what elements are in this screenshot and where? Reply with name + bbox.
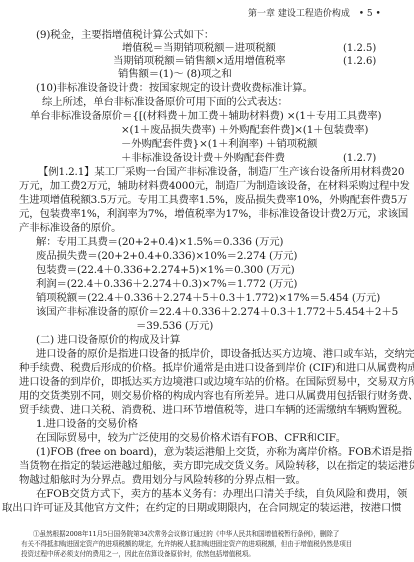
main-formula-1: 单台非标准设备原价＝{[(材料费＋加工费＋辅助材料费) ×(1＋专用工具费率) [30,110,381,123]
formula-2-number: (1.2.6) [343,56,376,67]
solution-3: 包装费＝(22.4＋0.336+2.274+5)×1%＝0.300 (万元) [36,264,295,277]
main-formula-4: ＋非标准设备设计费＋外购配套件费 [121,152,285,165]
solution-5: 销项税额＝(22.4＋0.336＋2.274＋5＋0.3＋1.772)×17%＝… [36,292,380,305]
formula-3: 销售额＝(1)～ (8)项之和 [118,68,232,81]
import-para-4: 用的交货类别不同，则交易价格的构成内容也有所差异。进口从属费用包括银行财务费、外 [19,390,414,403]
example-5: 产非标准设备的原价。 [19,222,121,235]
solution-7: ＝39.536 (万元) [136,320,213,333]
solution-6: 该国产非标准设备的原价＝22.4＋0.336＋2.274＋0.3＋1.772＋5… [36,306,398,319]
summary: 综上所述，单台非标准设备原价可用下面的公式表达： [42,96,288,109]
import-para-2: 种手续费、税费后形成的价格。抵岸价通常是由进口设备到岸价 (CIF)和进口从属费… [19,362,414,375]
main-formula-3: －外购配套件费}×(1＋利润率) ＋销项税额 [121,138,317,151]
solution-4: 利润＝(22.4＋0.336＋2.274＋0.3)×7%＝1.772 (万元) [36,278,297,291]
main-formula-number: (1.2.7) [343,153,376,164]
section-title: (二) 进口设备原价的构成及计算 [36,334,180,347]
chapter-title: 第一章 建设工程造价构成 [248,9,350,19]
solution-1: 解：专用工具费＝(20+2+0.4)×1.5%＝0.336 (万元) [36,236,283,249]
formula-1-number: (1.2.5) [343,43,376,54]
footnote-2: 有关不得抵扣购进固定资产的进项税额的规定，允许纳税人抵扣购进固定资产的进项税额，… [21,540,352,549]
example-4: 元，包装费率1%，利润率为7%，增值税率为17%，非标准设备设计费2万元，求该国 [19,208,408,221]
example-2: 万元，加工费2万元，辅助材料费4000元，制造厂为制造该设备，在材料采购过程中发 [19,180,410,193]
page-number: • 5 • [359,9,381,19]
import-para-3: 进口设备的到岸价，即抵达买方边境港口或边境车站的价格。在国际贸易中，交易双方所使 [19,376,414,389]
seller-para-1: 在FOB交货方式下，卖方的基本义务有：办理出口清关手续，自负风险和费用，领 [36,488,407,501]
seller-para-2: 取出口许可证及其他官方文件；在约定的日期或期限内，在合同规定的装运港，按港口惯 [2,502,401,515]
formula-2: 当期销项税额＝销售额×适用增值税率 [113,55,285,68]
main-formula-2: ×(1＋废品损失费率) ＋外购配套件费]×(1＋包装费率) [121,124,368,137]
example-1: 【例1.2.1】某工厂采购一台国产非标准设备，制造厂生产该台设备所用材料费20 [38,166,404,179]
import-para-5: 贸手续费、进口关税、消费税、进口环节增值税等，进口车辆的还需缴纳车辆购置税。 [19,404,408,417]
footnote-3: 投资过程中所必须支付的费用之一，因此在估算设备原价时，依然包括增值税项。 [21,550,255,559]
formula-1: 增值税＝当期销项税额－进项税额 [122,42,276,55]
fob-para-3: 物越过船舷时为分界点。费用划分与风险转移的分界点相一致。 [19,474,306,487]
design-fee: (10)非标准设备设计费：按国家规定的设计费收费标准计算。 [36,82,313,95]
import-para-1: 进口设备的原价是指进口设备的抵岸价，即设备抵达买方边境、港口或车站，交纳完各 [36,348,414,361]
terms-line: 在国际贸易中，较为广泛使用的交易价格术语有FOB、CFR和CIF。 [36,432,346,445]
fob-para-2: 当货物在指定的装运港越过船舷，卖方即完成交货义务。风险转移，以在指定的装运港货 [19,460,414,473]
solution-2: 废品损失费＝(20+2+0.4+0.336)×10%＝2.274 (万元) [36,250,297,263]
subsection-title: 1.进口设备的交易价格 [36,418,138,431]
tax-intro: (9)税金，主要指增值税计算公式如下： [36,29,214,42]
footnote-1: ①虽然根据2008年11月5日国务院第34次常务会议修订通过的《中华人民共和国增… [33,530,339,539]
fob-para-1: (1)FOB (free on board)，意为装运港船上交货，亦称为离岸价格… [36,446,412,459]
running-header: 第一章 建设工程造价构成 • 5 • [248,6,381,19]
example-3: 生进项增值税额3.5万元。专用工具费率1.5%，废品损失费率10%，外购配套件费… [19,194,407,207]
